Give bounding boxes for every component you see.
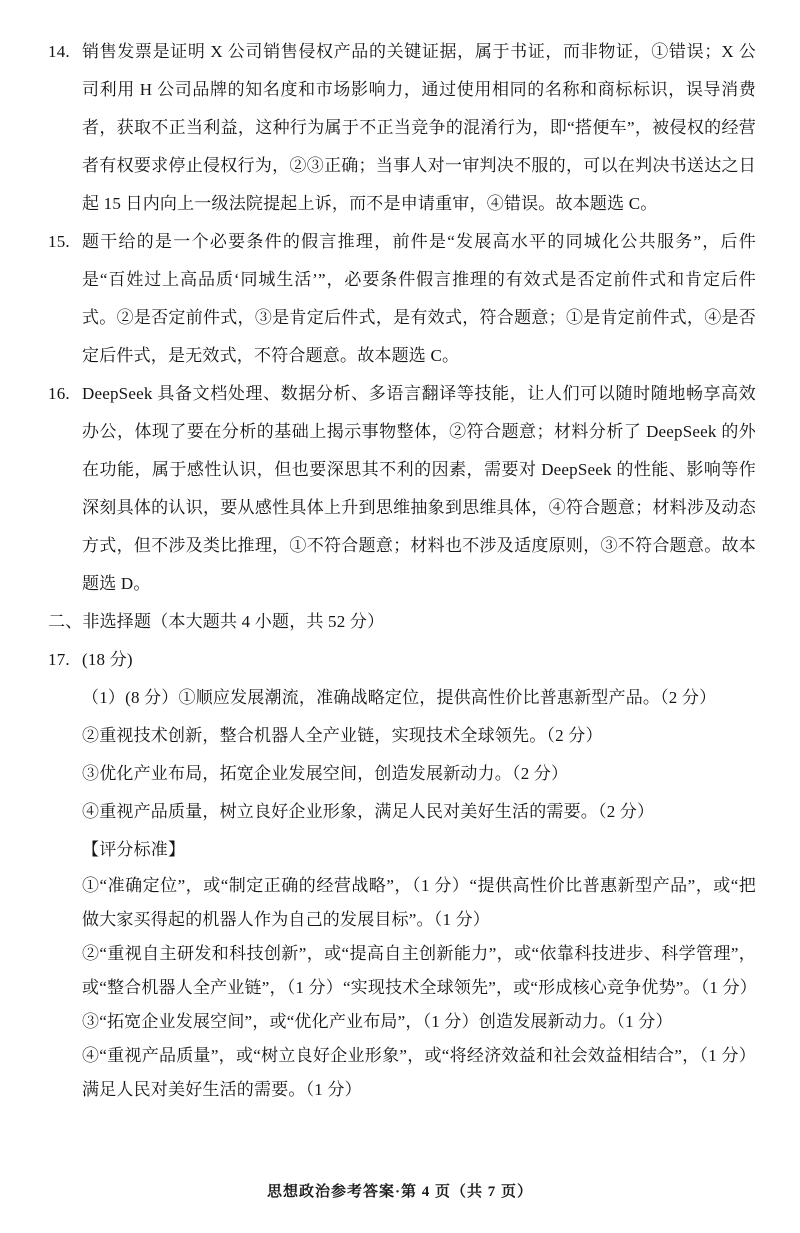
paragraph-text: (18 分) xyxy=(82,650,133,669)
scoring-standard-heading: 【评分标准】 xyxy=(48,831,756,869)
paragraph-text: ①“准确定位”，或“制定正确的经营战略”，（1 分）“提供高性价比普惠新型产品”… xyxy=(82,876,756,929)
document-page: 14.销售发票是证明 X 公司销售侵权产品的关键证据，属于书证，而非物证，①错误… xyxy=(0,0,800,1233)
paragraph-text: ③“拓宽企业发展空间”，或“优化产业布局”，（1 分）创造发展新动力。（1 分） xyxy=(82,1012,673,1031)
scoring-standard-2: ②“重视自主研发和科技创新”，或“提高自主创新能力”，或“依靠科技进步、科学管理… xyxy=(48,937,756,1005)
paragraph-text: 二、非选择题（本大题共 4 小题，共 52 分） xyxy=(48,612,384,631)
paragraph-text: ④重视产品质量，树立良好企业形象，满足人民对美好生活的需要。（2 分） xyxy=(82,802,654,821)
scoring-standard-1: ①“准确定位”，或“制定正确的经营战略”，（1 分）“提供高性价比普惠新型产品”… xyxy=(48,869,756,937)
scoring-standard-3: ③“拓宽企业发展空间”，或“优化产业布局”，（1 分）创造发展新动力。（1 分） xyxy=(48,1005,756,1039)
answer-17-point-1: （1）(8 分）①顺应发展潮流，准确战略定位，提供高性价比普惠新型产品。（2 分… xyxy=(48,679,756,717)
answer-17-point-4: ④重视产品质量，树立良好企业形象，满足人民对美好生活的需要。（2 分） xyxy=(48,793,756,831)
scoring-standard-4: ④“重视产品质量”，或“树立良好企业形象”，或“将经济效益和社会效益相结合”，（… xyxy=(48,1039,756,1107)
answer-17-point-2: ②重视技术创新，整合机器人全产业链，实现技术全球领先。（2 分） xyxy=(48,717,756,755)
answer-item-17: 17.(18 分) xyxy=(48,641,756,679)
answer-17-point-3: ③优化产业布局，拓宽企业发展空间，创造发展新动力。（2 分） xyxy=(48,755,756,793)
item-number: 14. xyxy=(48,33,82,71)
paragraph-text: 销售发票是证明 X 公司销售侵权产品的关键证据，属于书证，而非物证，①错误；X … xyxy=(82,42,756,213)
paragraph-text: 题干给的是一个必要条件的假言推理，前件是“发展高水平的同城化公共服务”，后件是“… xyxy=(82,232,756,365)
footer-text: 思想政治参考答案·第 4 页（共 7 页） xyxy=(267,1184,533,1200)
answer-item-15: 15.题干给的是一个必要条件的假言推理，前件是“发展高水平的同城化公共服务”，后… xyxy=(48,223,756,375)
item-number: 15. xyxy=(48,223,82,261)
answer-content: 14.销售发票是证明 X 公司销售侵权产品的关键证据，属于书证，而非物证，①错误… xyxy=(48,33,756,1107)
paragraph-text: ②重视技术创新，整合机器人全产业链，实现技术全球领先。（2 分） xyxy=(82,726,603,745)
paragraph-text: 【评分标准】 xyxy=(82,840,185,859)
page-footer: 思想政治参考答案·第 4 页（共 7 页） xyxy=(0,1180,800,1201)
item-number: 16. xyxy=(48,375,82,413)
paragraph-text: ②“重视自主研发和科技创新”，或“提高自主创新能力”，或“依靠科技进步、科学管理… xyxy=(82,944,757,997)
paragraph-text: ③优化产业布局，拓宽企业发展空间，创造发展新动力。（2 分） xyxy=(82,764,568,783)
paragraph-text: （1）(8 分）①顺应发展潮流，准确战略定位，提供高性价比普惠新型产品。（2 分… xyxy=(82,688,716,707)
paragraph-text: DeepSeek 具备文档处理、数据分析、多语言翻译等技能，让人们可以随时随地畅… xyxy=(82,384,756,593)
answer-item-14: 14.销售发票是证明 X 公司销售侵权产品的关键证据，属于书证，而非物证，①错误… xyxy=(48,33,756,223)
answer-item-16: 16.DeepSeek 具备文档处理、数据分析、多语言翻译等技能，让人们可以随时… xyxy=(48,375,756,603)
section-heading-non-choice: 二、非选择题（本大题共 4 小题，共 52 分） xyxy=(48,603,756,641)
item-number: 17. xyxy=(48,641,82,679)
paragraph-text: ④“重视产品质量”，或“树立良好企业形象”，或“将经济效益和社会效益相结合”，（… xyxy=(82,1046,756,1099)
